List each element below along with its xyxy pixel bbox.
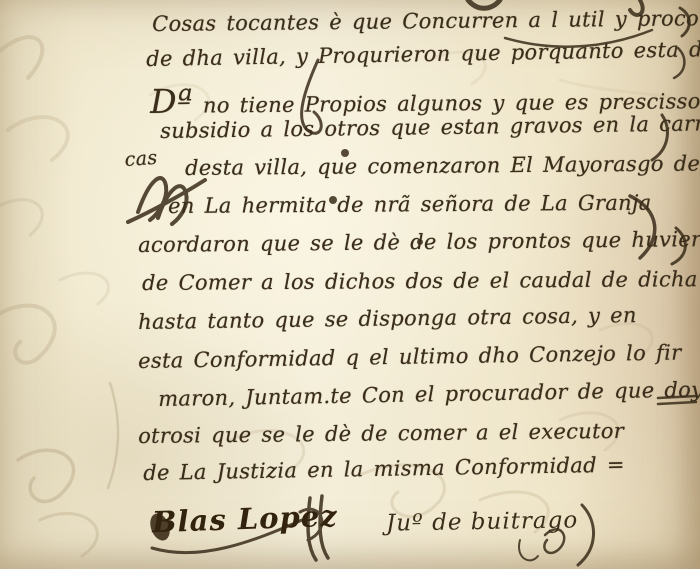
closing-flourish [578, 505, 594, 565]
signature-rubric [519, 540, 538, 560]
ghost-stroke [40, 513, 97, 556]
manuscript-line: otrosi que se le dè de comer a el execut… [138, 419, 624, 448]
signature-right: Juº de buitrago [386, 507, 579, 536]
manuscript-page: Cosas tocantes è que Concurren a l util … [0, 0, 700, 569]
ghost-stroke [8, 117, 68, 160]
ghost-stroke [0, 37, 42, 78]
ghost-stroke [0, 200, 42, 235]
manuscript-line: de Comer a los dichos dos de el caudal d… [142, 267, 700, 295]
ghost-stroke [60, 273, 108, 304]
cutoff-stroke [468, 0, 500, 8]
manuscript-line: en La hermita de nrã señora de La Granja [168, 191, 652, 218]
margin-fragment: cas [124, 147, 158, 171]
ghost-stroke [0, 306, 55, 363]
line-initial: Dª [150, 82, 193, 121]
manuscript-line: desta villa, que comenzaron El Mayorasgo… [185, 151, 700, 180]
ghost-stroke [18, 450, 73, 501]
signature-left: Blas Lopez [151, 499, 338, 539]
ghost-stroke [108, 383, 118, 488]
